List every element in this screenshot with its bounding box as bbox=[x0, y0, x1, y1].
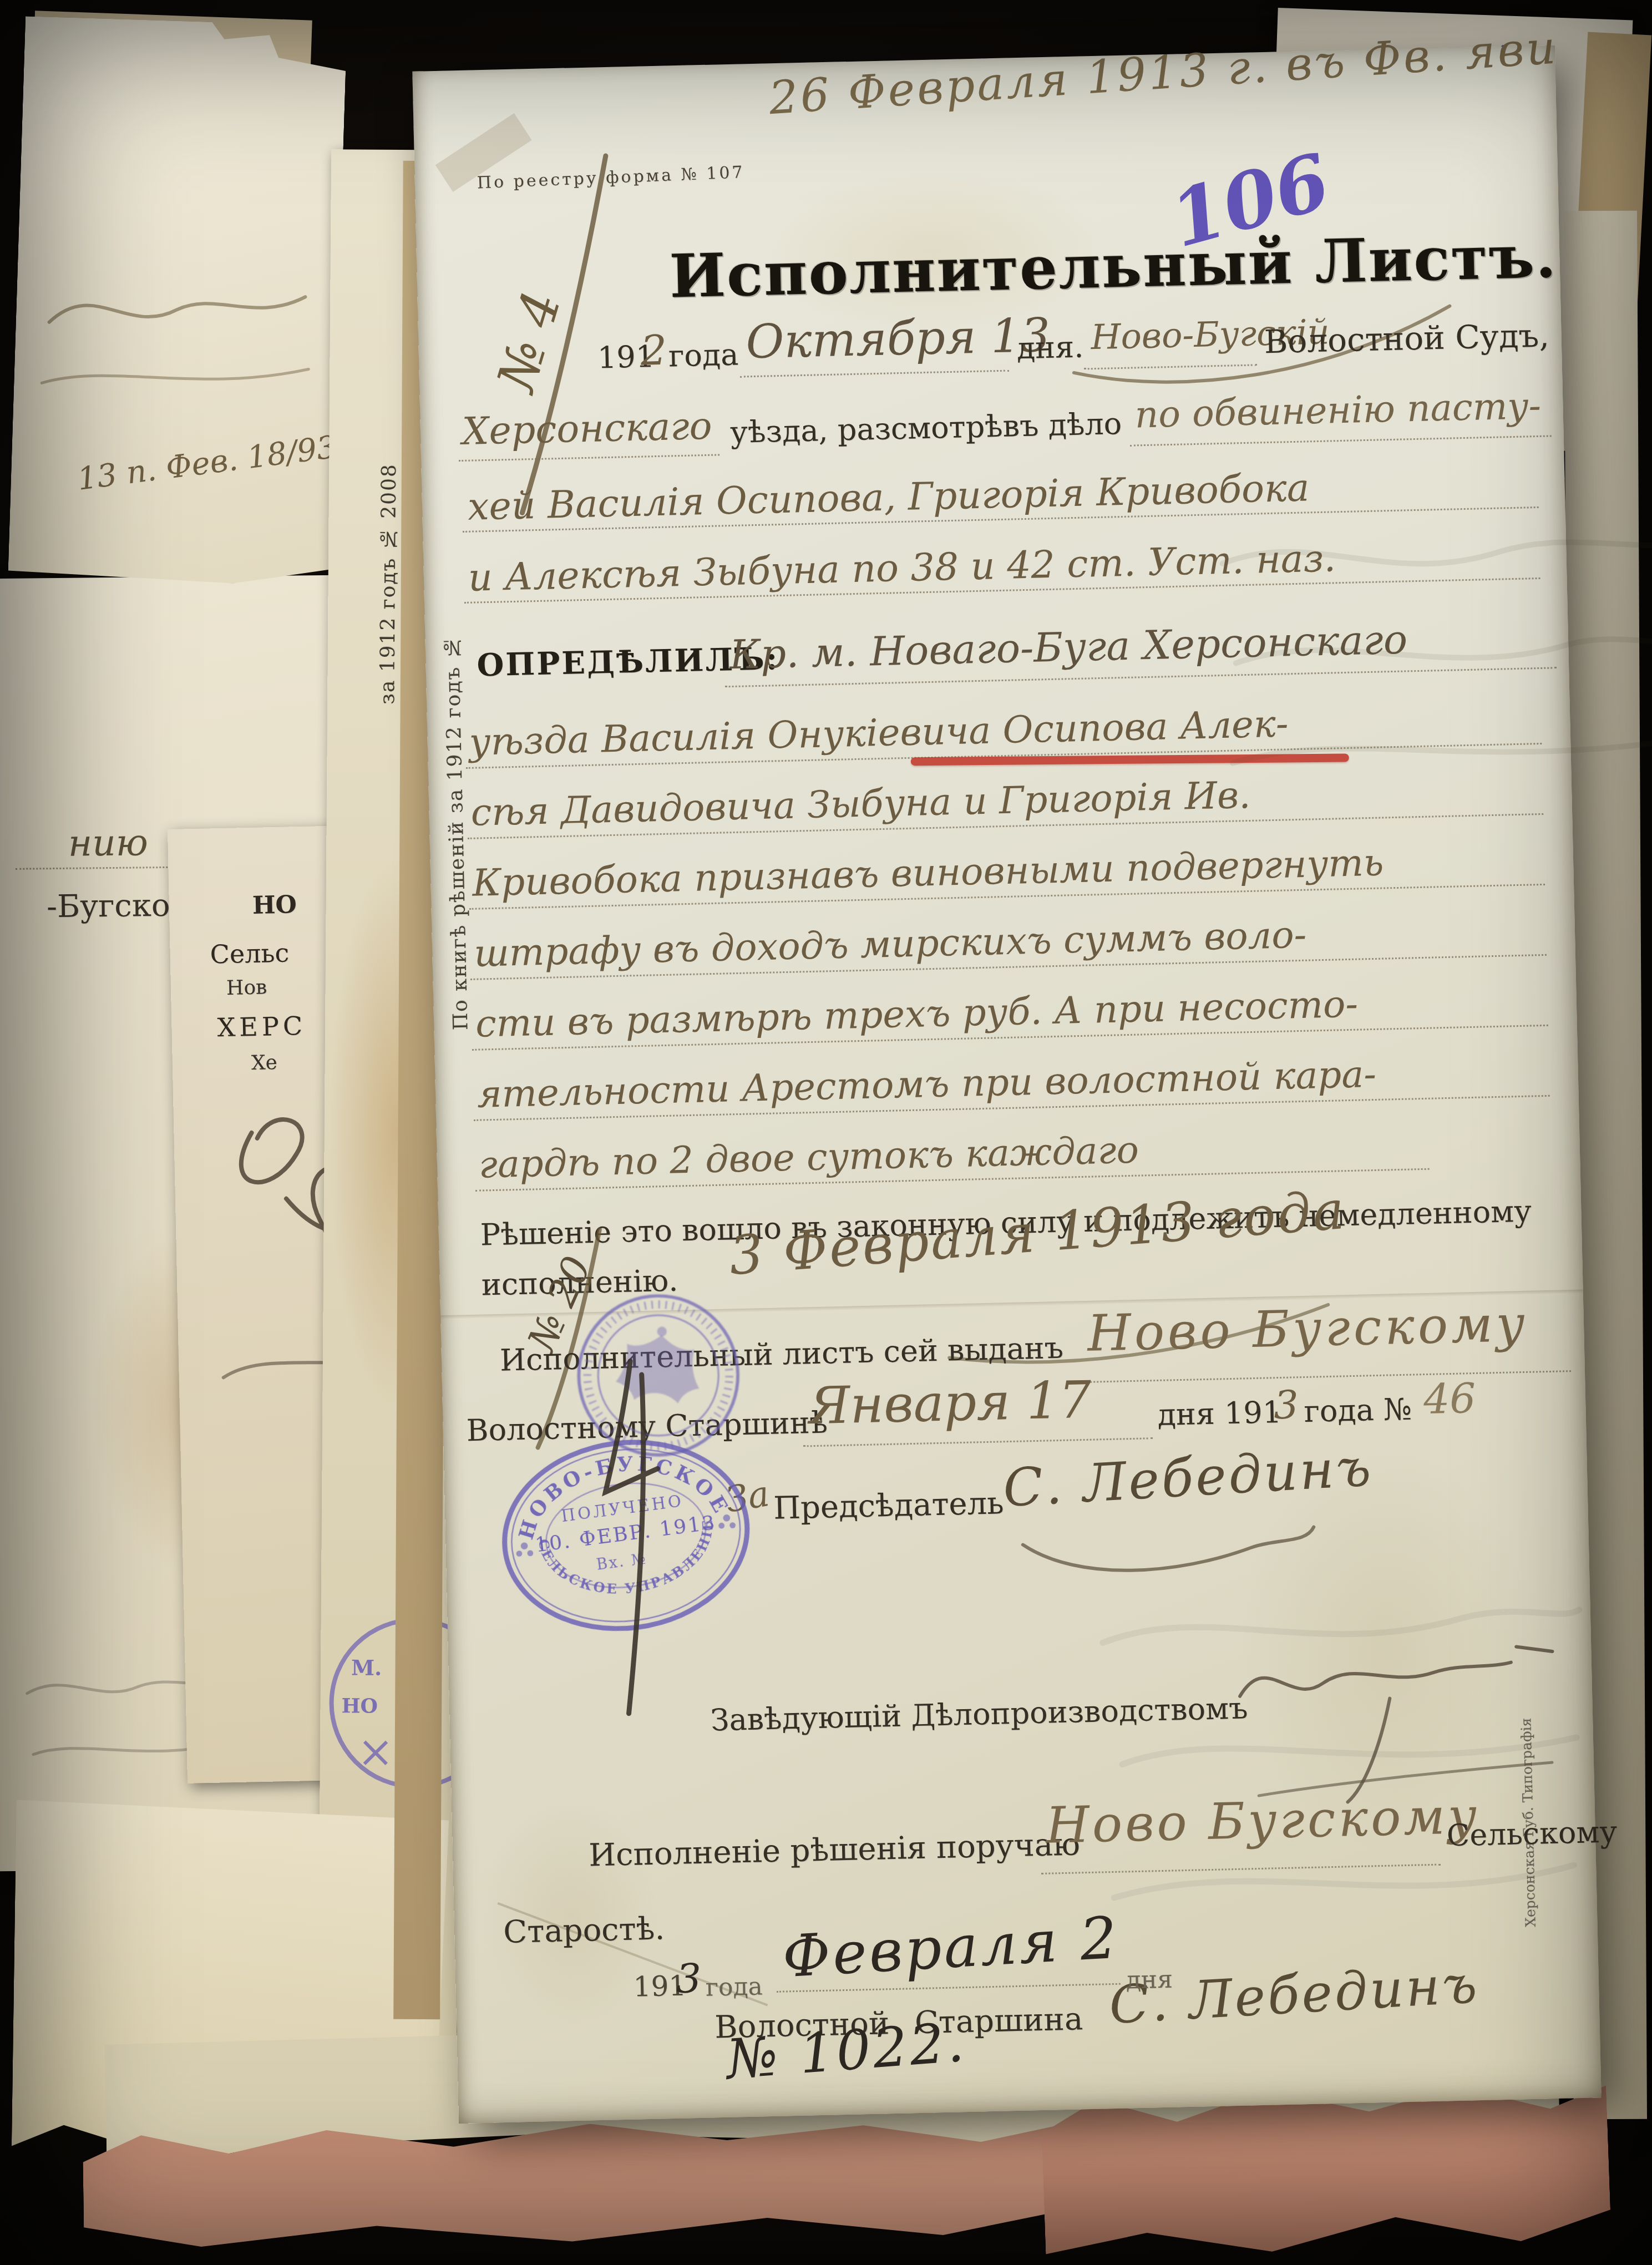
chairman-signature: С. Лебединъ bbox=[1001, 1437, 1375, 1519]
body-line-3: Кривобока признавъ виновными подвергнуть bbox=[472, 840, 1384, 904]
elder-number: 46 bbox=[1423, 1375, 1476, 1423]
footer-goda: года bbox=[705, 1972, 763, 2001]
issue-date: 3 Февраля 1913 года bbox=[727, 1179, 1348, 1287]
footer-dnya: дня bbox=[1126, 1965, 1173, 1995]
fragment-hers: ХЕРС bbox=[217, 1011, 307, 1042]
elder-dotted bbox=[803, 1437, 1153, 1447]
footer-year-hw: 3 bbox=[675, 1955, 702, 2002]
elder-mid: дня 191 bbox=[1157, 1395, 1282, 1432]
line2-tail-hw: по обвиненію пасту- bbox=[1134, 384, 1542, 437]
svg-text:НО: НО bbox=[341, 1694, 378, 1717]
issued-to: Ново Бугскому bbox=[1087, 1295, 1529, 1363]
line1-dnya: дня. bbox=[1016, 330, 1084, 366]
left-sheet-top: 13 п. Фев. 18/93 bbox=[8, 16, 347, 586]
footer-date-hw: Февраля 2 bbox=[781, 1904, 1121, 1991]
main-document: По книгѣ рѣшеній за 1912 годъ № Херсонск… bbox=[412, 45, 1601, 2124]
line4-hw: и Алексѣя Зыбуна по 38 и 42 ст. Уст. наз… bbox=[468, 536, 1336, 600]
svg-text:М.: М. bbox=[351, 1655, 382, 1680]
case-number-slash bbox=[497, 144, 627, 524]
line1-court: Волостной Судъ, bbox=[1264, 316, 1550, 361]
starosta-label: Старостѣ. bbox=[503, 1911, 665, 1950]
execution-label: Исполненіе рѣшенія поручаю bbox=[589, 1826, 1081, 1873]
fragment-sels: Сельс bbox=[210, 938, 290, 970]
chairman-label: Предсѣдатель bbox=[773, 1485, 1004, 1526]
line1-date-hw: Октября 13 bbox=[745, 308, 1051, 369]
line1-goda: года bbox=[668, 337, 739, 374]
body-line-1: уѣзда Василія Онукіевича Осипова Алек- bbox=[469, 702, 1289, 763]
line1-dotted-a bbox=[740, 370, 1009, 378]
body-line-4: штрафу въ доходъ мирскихъ суммъ воло- bbox=[474, 913, 1308, 975]
elder-tail: года № bbox=[1304, 1392, 1412, 1429]
body-line-6: ятельности Арестомъ при волостной кара- bbox=[477, 1052, 1376, 1116]
left-strip-vertical-text: за 1912 годъ № 2008 bbox=[376, 283, 402, 705]
body-line-5: сти въ размѣрѣ трехъ руб. А при несосто- bbox=[475, 982, 1358, 1046]
left-handwriting-fragment: нию bbox=[68, 821, 148, 865]
bleedthrough-ghost-2 bbox=[1085, 1577, 1593, 1976]
cursive-squiggle bbox=[29, 255, 323, 447]
fragment-no: НО bbox=[252, 890, 297, 920]
bleedthrough-ghost-1 bbox=[1210, 508, 1652, 808]
fragment-he: Хе bbox=[251, 1051, 277, 1075]
handwritten-mark-4 bbox=[577, 1346, 697, 1736]
elder-year: 3 bbox=[1273, 1382, 1299, 1428]
line2-printed: уѣзда, разсмотрѣвъ дѣло bbox=[729, 406, 1122, 450]
line2-dotted-b bbox=[1130, 435, 1552, 446]
line1-year-hw: 2 bbox=[640, 327, 667, 375]
elder-date: Января 17 bbox=[808, 1370, 1092, 1436]
fragment-nov: Нов bbox=[226, 976, 267, 1000]
archival-photo-canvas: нию -Бугскому 13 п. Фев. 18/93 НО Сельс … bbox=[0, 0, 1652, 2265]
received-note: 26 Февраля 1913 г. въ Фв. яви bbox=[767, 21, 1559, 125]
line2-uezd-hw: Херсонскаго bbox=[462, 404, 712, 454]
body-line-2: сѣя Давидовича Зыбуна и Григорія Ив. bbox=[470, 773, 1251, 834]
